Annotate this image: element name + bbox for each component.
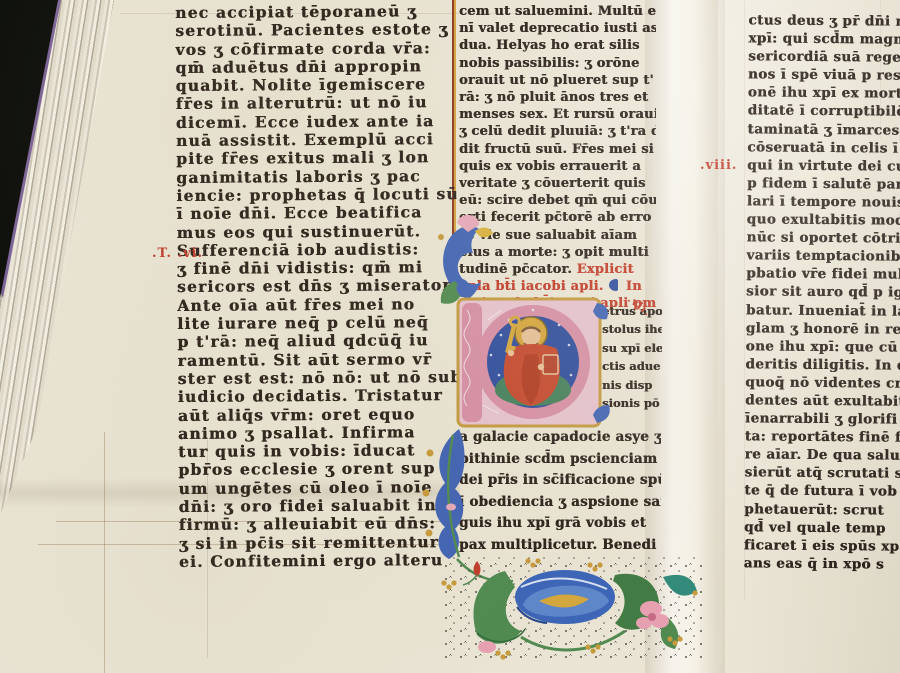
text-line: nūc si oportet cōtristari — [746, 228, 900, 247]
text-line: pbatio vr̄e fidei multo — [746, 265, 900, 284]
text-line: taminatā ʒ īmarcescabilē — [747, 120, 900, 139]
text-run: menses sex. Et rursū orauit — [459, 107, 656, 122]
text-line: lari ī tempore nouissīo. In — [747, 192, 900, 211]
text-run: ans eas q̄ in xpō s — [744, 555, 884, 572]
illuminated-initial-P — [456, 279, 609, 426]
text-line: glam ʒ honorē in reue — [746, 319, 900, 338]
text-run: dentes aūt exultabitis — [745, 392, 900, 410]
text-run: cōseruatā in celis ī vobis — [747, 139, 900, 157]
text-line: ditatē ī corruptibilē ʒ īcor — [748, 102, 900, 121]
manuscript-photo: { "palette":{"background":"#0d0f0b","par… — [0, 0, 900, 673]
text-run: te q̄ de futura ī vob — [744, 483, 897, 500]
text-run: onē ihu xpī ex mortuis ī h' — [748, 85, 900, 103]
text-line: deritis diligitis. In quē — [745, 355, 900, 374]
text-run: deritis diligitis. In quē — [745, 356, 900, 374]
text-line: re aīar. De qua salu — [745, 446, 900, 465]
text-line: nos ī spē viuā p resurrecti — [748, 66, 900, 85]
text-run: quoq̄ nō videntes cre — [745, 374, 900, 391]
book-icon — [543, 355, 558, 374]
text-run: pbatio vr̄e fidei multo — [746, 266, 900, 284]
text-run: rā: ʒ nō pluit ānos tres et — [459, 90, 648, 105]
text-line: sericordiā suā regenerauit — [748, 48, 900, 67]
text-line: ta: reportātes finē fidei v — [745, 427, 900, 446]
text-run: orauit ut nō plueret sup t' — [459, 73, 654, 88]
text-run: ctus deus ʒ pr̄ dn̄i nr̄i ihu — [748, 12, 900, 30]
text-line: menses sex. Et rursū orauit — [459, 106, 656, 123]
text-run: ficaret ī eis spūs xp — [744, 537, 900, 554]
text-run: nos ī spē viuā p resurrecti — [748, 67, 900, 85]
text-line: phetauerūt: scrut — [744, 500, 900, 519]
text-run: nūc si oportet cōtristari — [746, 229, 900, 247]
text-run: taminatā ʒ īmarcescabilē — [747, 121, 900, 139]
text-line: xpī: qui scd̄m magnā mi — [748, 29, 900, 48]
text-line: dentes aūt exultabitis — [745, 391, 900, 410]
margin-chapter-mark-right: .viii. — [700, 158, 737, 173]
text-line: one ihu xpī: que cū nō — [745, 337, 900, 356]
text-line: dua. Helyas ho erat silis — [459, 37, 656, 54]
text-run: lari ī tempore nouissīo. In — [747, 193, 900, 211]
text-run: cem ut saluemini. Multū e — [459, 4, 656, 19]
ruling-line — [104, 432, 105, 673]
text-line: īenarrabili ʒ glorifi — [745, 409, 900, 428]
text-run: ʒ celū dedit pluuiā: ʒ t'ra de — [459, 124, 656, 139]
text-line: quo exultabitis modicū — [747, 210, 900, 229]
text-line: qd̄ vel quale temp — [744, 518, 900, 537]
text-run: re aīar. De qua salu — [745, 447, 900, 464]
text-line: ficaret ī eis spūs xp — [744, 536, 900, 555]
text-run: variis temptacionibʒ: — [746, 248, 900, 265]
text-run: quis ex vobis errauerit a — [459, 159, 641, 174]
text-run: ditatē ī corruptibilē ʒ īcor — [748, 103, 900, 121]
text-run: qui in virtute dei custodi — [747, 157, 900, 175]
text-run: glam ʒ honorē in reue — [746, 320, 900, 338]
text-line: ctus deus ʒ pr̄ dn̄i nr̄i ihu — [748, 11, 900, 30]
right-text-column: ctus deus ʒ pr̄ dn̄i nr̄i ihuxpī: qui sc… — [744, 11, 900, 584]
text-line: orauit ut nō plueret sup t' — [459, 72, 656, 89]
text-run: sericordiā suā regenerauit — [748, 49, 900, 67]
text-line: ʒ celū dedit pluuiā: ʒ t'ra de — [459, 123, 656, 140]
illumination-decoration — [413, 185, 713, 673]
text-run: phetauerūt: scrut — [744, 501, 884, 518]
text-line: rā: ʒ nō pluit ānos tres et — [459, 89, 656, 106]
text-line: p fidem ī salutē paratā re — [747, 174, 900, 193]
text-line: dit fructū suū. Fr̄es mei si — [459, 141, 656, 158]
text-run: īenarrabili ʒ glorifi — [745, 410, 897, 427]
text-line: qui in virtute dei custodi — [747, 156, 900, 175]
text-run: ta: reportātes finē fidei v — [745, 428, 900, 446]
margin-chapter-mark-left: .T. .vi. — [152, 246, 203, 261]
text-run: sior sit auro qd̄ p ignē — [746, 284, 900, 302]
text-line: variis temptacionibʒ: — [746, 247, 900, 266]
text-line: nobis passibilis: ʒ orōne — [459, 55, 656, 72]
text-line: quoq̄ nō videntes cre — [745, 373, 900, 392]
text-line: quis ex vobis errauerit a — [459, 158, 656, 175]
text-run: qd̄ vel quale temp — [744, 519, 886, 536]
bottom-foliate-panel — [441, 557, 703, 661]
text-run: dua. Helyas ho erat silis — [459, 38, 640, 53]
blue-flower — [515, 570, 615, 624]
text-run: xpī: qui scd̄m magnā mi — [748, 30, 900, 48]
text-line: batur. Inueniat̄ in la — [746, 301, 900, 320]
text-run: batur. Inueniat̄ in la — [746, 302, 900, 319]
text-line: sierūt atq̄ scrutati s — [744, 464, 900, 483]
text-run: one ihu xpī: que cū nō — [746, 338, 900, 356]
text-line: cem ut saluemini. Multū e — [459, 3, 656, 20]
text-run: p fidem ī salutē paratā re — [747, 175, 900, 193]
text-line: nī valet deprecatio iusti assi — [459, 20, 656, 37]
text-line: onē ihu xpī ex mortuis ī h' — [748, 84, 900, 103]
text-run: nī valet deprecatio iusti assi — [459, 21, 656, 36]
text-run: quo exultabitis modicū — [747, 211, 900, 229]
text-run: dit fructū suū. Fr̄es mei si — [459, 142, 654, 157]
text-run: sierūt atq̄ scrutati s — [744, 465, 900, 482]
text-line: sior sit auro qd̄ p ignē — [746, 283, 900, 302]
text-line: cōseruatā in celis ī vobis — [747, 138, 900, 157]
text-run: nobis passibilis: ʒ orōne — [459, 56, 639, 71]
text-run: ei. Confitemini ergo alteru — [179, 550, 443, 571]
text-line: te q̄ de futura ī vob — [744, 482, 900, 501]
text-line: ans eas q̄ in xpō s — [744, 554, 900, 573]
